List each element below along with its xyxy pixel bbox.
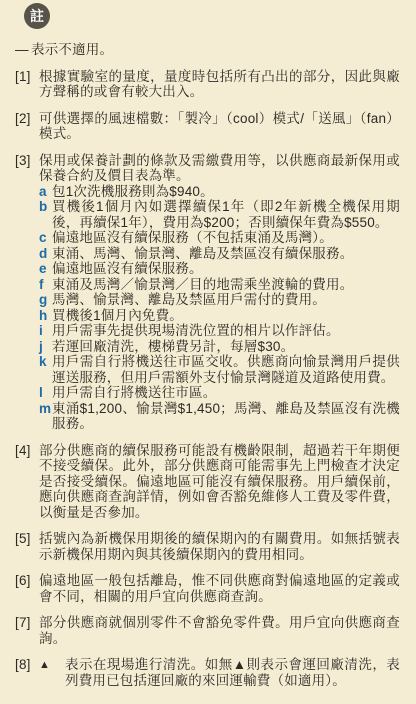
sub-item-letter: c [39,230,52,246]
note-text: 根據實驗室的量度，量度時包括所有凸出的部分，因此與廠方聲稱的或會有較大出入。 [39,69,400,100]
note-2: [2] 可供選擇的風速檔數：「製冷」（cool）模式/「送風」（fan）模式。 [15,111,400,142]
sub-item-text: 東涌及馬灣／愉景灣／目的地需乘坐渡輪的費用。 [52,277,400,293]
sub-item-letter: h [39,308,52,324]
sub-item-letter: a [39,184,52,200]
sub-item-a: a 包1次洗機服務則為$940。 [39,184,400,200]
note-badge-label: 註 [30,6,44,26]
sub-item-letter: m [39,401,52,432]
note-marker: [7] [15,615,39,646]
note-4: [4] 部分供應商的續保服務可能設有機齡限制，超過若干年期便不接受續保。此外，部… [15,443,400,521]
sub-item-letter: d [39,246,52,262]
sub-item-c: c 偏遠地區沒有續保服務（不包括東涌及馬灣）。 [39,230,400,246]
sub-item-h: h 買機後1個月內免費。 [39,308,400,324]
sub-item-text: 包1次洗機服務則為$940。 [52,184,400,200]
sub-item-text: 用戶需自行將機送往市區。 [52,385,400,401]
note-marker: [1] [15,69,39,100]
note-text: 表示在現場進行清洗。如無▲則表示會運回廠清洗，表列費用已包括運回廠的來回運輸費（… [65,657,400,688]
note-badge: 註 [24,3,50,29]
sub-item-d: d 東涌、馬灣、愉景灣、離島及禁區沒有續保服務。 [39,246,400,262]
note-marker: [5] [15,531,39,562]
sub-item-j: j 若運回廠清洗，樓梯費另計，每層$30。 [39,339,400,355]
note-marker: — [15,42,31,58]
sub-item-f: f 東涌及馬灣／愉景灣／目的地需乘坐渡輪的費用。 [39,277,400,293]
note-marker: [2] [15,111,39,142]
sub-item-letter: g [39,292,52,308]
sub-item-text: 偏遠地區沒有續保服務。 [52,261,400,277]
note-marker: [6] [15,573,39,604]
note-text: 保用或保養計劃的條款及需繳費用等，以供應商最新保用或保養合約及價目表為準。 [39,153,400,184]
sub-item-letter: l [39,385,52,401]
sub-item-text: 東涌、馬灣、愉景灣、離島及禁區沒有續保服務。 [52,246,400,262]
sub-item-text: 買機後1個月內如選擇續保1年（即2年新機全機保用期後，再續保1年），費用為$20… [52,199,400,230]
note-1: [1] 根據實驗室的量度，量度時包括所有凸出的部分，因此與廠方聲稱的或會有較大出… [15,69,400,100]
sub-item-text: 馬灣、愉景灣、離島及禁區用戶需付的費用。 [52,292,400,308]
note-5: [5] 括號內為新機保用期後的續保期內的有關費用。如無括號表示新機保用期內與其後… [15,531,400,562]
sub-item-letter: j [39,339,52,355]
sub-item-text: 用戶需自行將機送往市區交收。供應商向愉景灣用戶提供運送服務，但用戶需額外支付愉景… [52,354,400,385]
note-dash: — 表示不適用。 [15,42,400,58]
notes-list: — 表示不適用。 [1] 根據實驗室的量度，量度時包括所有凸出的部分，因此與廠方… [15,42,400,688]
sub-item-letter: k [39,354,52,385]
triangle-icon: ▲ [39,657,65,688]
sub-item-b: b 買機後1個月內如選擇續保1年（即2年新機全機保用期後，再續保1年），費用為$… [39,199,400,230]
sub-item-g: g 馬灣、愉景灣、離島及禁區用戶需付的費用。 [39,292,400,308]
note-text: 部分供應商的續保服務可能設有機齡限制，超過若干年期便不接受續保。此外，部分供應商… [39,443,400,521]
sub-item-letter: f [39,277,52,293]
note-6: [6] 偏遠地區一般包括離島，惟不同供應商對偏遠地區的定義或會不同，相關的用戶宜… [15,573,400,604]
note-marker: [4] [15,443,39,521]
note-text: 表示不適用。 [31,42,400,58]
sub-item-text: 東涌$1,200、愉景灣$1,450；馬灣、離島及禁區沒有洗機服務。 [52,401,400,432]
note-marker: [3] [15,153,39,432]
note-marker: [8] [15,657,39,688]
note-3-sublist: a 包1次洗機服務則為$940。 b 買機後1個月內如選擇續保1年（即2年新機全… [39,184,400,432]
note-7: [7] 部分供應商就個別零件不會豁免零件費。用戶宜向供應商查詢。 [15,615,400,646]
note-text: 括號內為新機保用期後的續保期內的有關費用。如無括號表示新機保用期內與其後續保期內… [39,531,400,562]
note-text: 偏遠地區一般包括離島，惟不同供應商對偏遠地區的定義或會不同，相關的用戶宜向供應商… [39,573,400,604]
note-text: 部分供應商就個別零件不會豁免零件費。用戶宜向供應商查詢。 [39,615,400,646]
sub-item-letter: e [39,261,52,277]
note-text: 可供選擇的風速檔數：「製冷」（cool）模式/「送風」（fan）模式。 [39,111,400,142]
sub-item-text: 用戶需事先提供現場清洗位置的相片以作評估。 [52,323,400,339]
notes-page: 註 — 表示不適用。 [1] 根據實驗室的量度，量度時包括所有凸出的部分，因此與… [0,0,416,704]
sub-item-text: 偏遠地區沒有續保服務（不包括東涌及馬灣）。 [52,230,400,246]
note-8: [8] ▲ 表示在現場進行清洗。如無▲則表示會運回廠清洗，表列費用已包括運回廠的… [15,657,400,688]
sub-item-text: 若運回廠清洗，樓梯費另計，每層$30。 [52,339,400,355]
sub-item-l: l 用戶需自行將機送往市區。 [39,385,400,401]
note-3: [3] 保用或保養計劃的條款及需繳費用等，以供應商最新保用或保養合約及價目表為準… [15,153,400,432]
sub-item-letter: i [39,323,52,339]
sub-item-letter: b [39,199,52,230]
sub-item-k: k 用戶需自行將機送往市區交收。供應商向愉景灣用戶提供運送服務，但用戶需額外支付… [39,354,400,385]
sub-item-text: 買機後1個月內免費。 [52,308,400,324]
sub-item-m: m 東涌$1,200、愉景灣$1,450；馬灣、離島及禁區沒有洗機服務。 [39,401,400,432]
sub-item-i: i 用戶需事先提供現場清洗位置的相片以作評估。 [39,323,400,339]
sub-item-e: e 偏遠地區沒有續保服務。 [39,261,400,277]
